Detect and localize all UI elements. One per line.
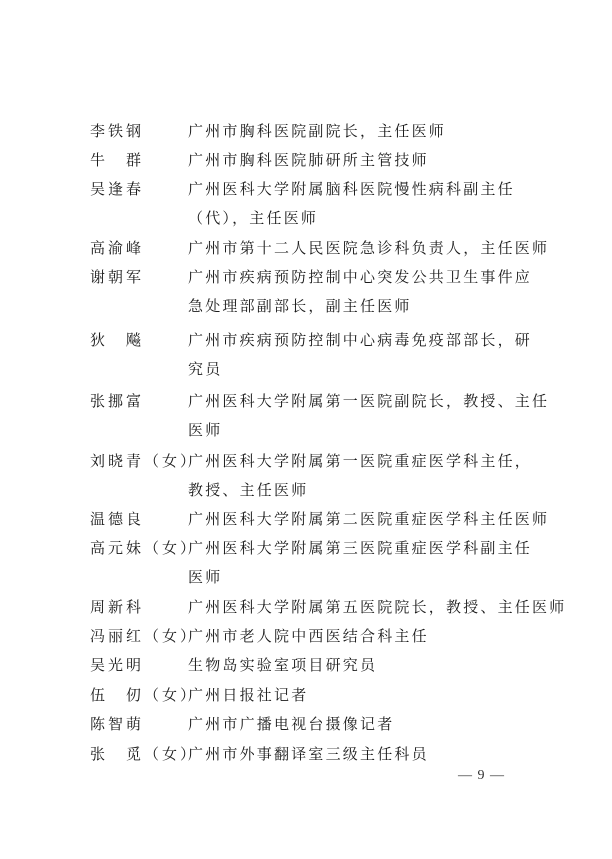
member-name: 刘晓青（女） xyxy=(90,452,198,470)
member-description-line: 医师 xyxy=(188,568,528,586)
member-name: 温德良 xyxy=(90,510,144,528)
member-name: 牛 群 xyxy=(90,151,144,169)
member-description-line: 广州医科大学附属第五医院院长，教授、主任医师 xyxy=(188,598,528,616)
page-number: — 9 — xyxy=(458,768,505,784)
member-name: 吴光明 xyxy=(90,656,144,674)
member-name: 冯丽红（女） xyxy=(90,627,198,645)
member-description-line: 究员 xyxy=(188,360,528,378)
member-description-line: 广州市第十二人民医院急诊科负责人，主任医师 xyxy=(188,239,528,257)
member-description-line: 广州医科大学附属第三医院重症医学科副主任 xyxy=(188,539,528,557)
member-name: 狄 飚 xyxy=(90,331,144,349)
member-name: 伍 仞（女） xyxy=(90,686,198,704)
member-description-line: 急处理部副部长，副主任医师 xyxy=(188,297,528,315)
member-description-line: 教授、主任医师 xyxy=(188,481,528,499)
member-description-line: 广州医科大学附属第一医院副院长，教授、主任 xyxy=(188,392,528,410)
member-description-line: 广州市胸科医院肺研所主管技师 xyxy=(188,151,528,169)
member-name: 谢朝军 xyxy=(90,268,144,286)
member-description-line: 广州医科大学附属脑科医院慢性病科副主任 xyxy=(188,180,528,198)
member-description-line: 生物岛实验室项目研究员 xyxy=(188,656,528,674)
member-name: 张 觅（女） xyxy=(90,745,198,763)
member-description-line: 广州市疾病预防控制中心病毒免疫部部长，研 xyxy=(188,331,528,349)
member-description-line: 广州市胸科医院副院长，主任医师 xyxy=(188,122,528,140)
member-description-line: 广州医科大学附属第二医院重症医学科主任医师 xyxy=(188,510,528,528)
member-name: 张挪富 xyxy=(90,392,144,410)
member-description-line: 广州市外事翻译室三级主任科员 xyxy=(188,745,528,763)
member-description-line: 广州市广播电视台摄像记者 xyxy=(188,715,528,733)
member-name: 高元妹（女） xyxy=(90,539,198,557)
member-name: 李铁钢 xyxy=(90,122,144,140)
member-name: 高渝峰 xyxy=(90,239,144,257)
member-description-line: 广州日报社记者 xyxy=(188,686,528,704)
member-description-line: 医师 xyxy=(188,421,528,439)
member-description-line: （代），主任医师 xyxy=(188,209,528,227)
member-description-line: 广州医科大学附属第一医院重症医学科主任， xyxy=(188,452,528,470)
member-name: 周新科 xyxy=(90,598,144,616)
member-description-line: 广州市老人院中西医结合科主任 xyxy=(188,627,528,645)
document-page: 李铁钢 广州市胸科医院副院长，主任医师 牛 群 广州市胸科医院肺研所主管技师 吴… xyxy=(0,0,612,859)
member-name: 吴逢春 xyxy=(90,180,144,198)
member-description-line: 广州市疾病预防控制中心突发公共卫生事件应 xyxy=(188,268,528,286)
member-name: 陈智萌 xyxy=(90,715,144,733)
